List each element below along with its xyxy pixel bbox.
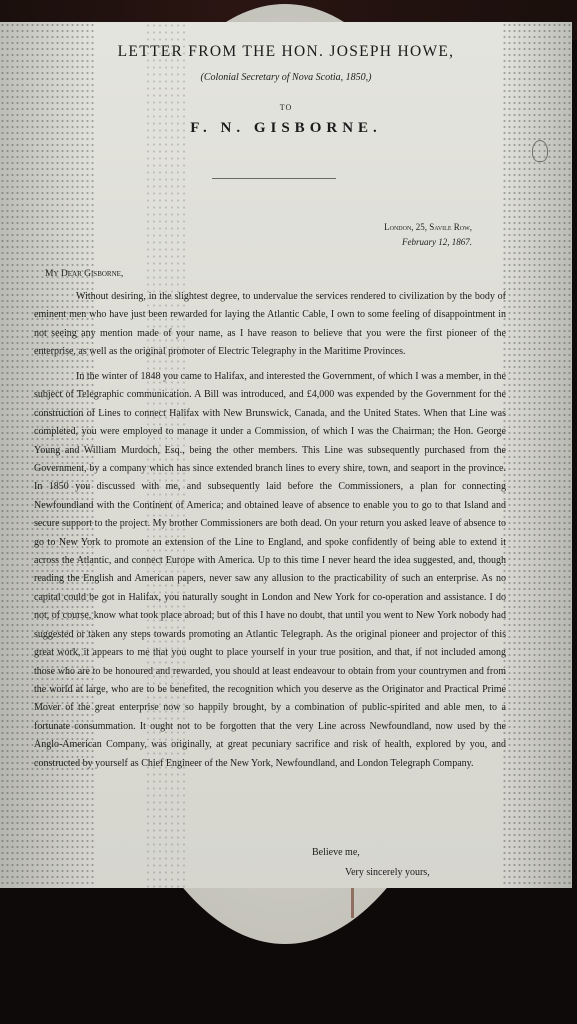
letter-page: LETTER FROM THE HON. JOSEPH HOWE, (Colon… bbox=[0, 22, 572, 888]
to-label: TO bbox=[0, 103, 572, 112]
letter-title: LETTER FROM THE HON. JOSEPH HOWE, bbox=[0, 43, 572, 61]
closing-line-1: Believe me, bbox=[312, 847, 360, 858]
paragraph: In the winter of 1848 you came to Halifa… bbox=[34, 368, 506, 773]
paragraph: Without desiring, in the slightest degre… bbox=[34, 288, 506, 362]
paragraph-1-block: Without desiring, in the slightest degre… bbox=[34, 288, 506, 362]
letter-subtitle: (Colonial Secretary of Nova Scotia, 1850… bbox=[0, 72, 572, 83]
ink-doodle bbox=[532, 140, 548, 162]
salutation: My Dear Gisborne, bbox=[45, 269, 123, 279]
sender-address: London, 25, Savile Row, bbox=[384, 222, 472, 232]
paragraph-2-block: In the winter of 1848 you came to Halifa… bbox=[34, 368, 506, 773]
recipient-name: F. N. GISBORNE. bbox=[0, 120, 572, 137]
closing-line-2: Very sincerely yours, bbox=[345, 867, 430, 878]
divider-rule bbox=[212, 178, 336, 179]
letter-date: February 12, 1867. bbox=[402, 237, 472, 247]
